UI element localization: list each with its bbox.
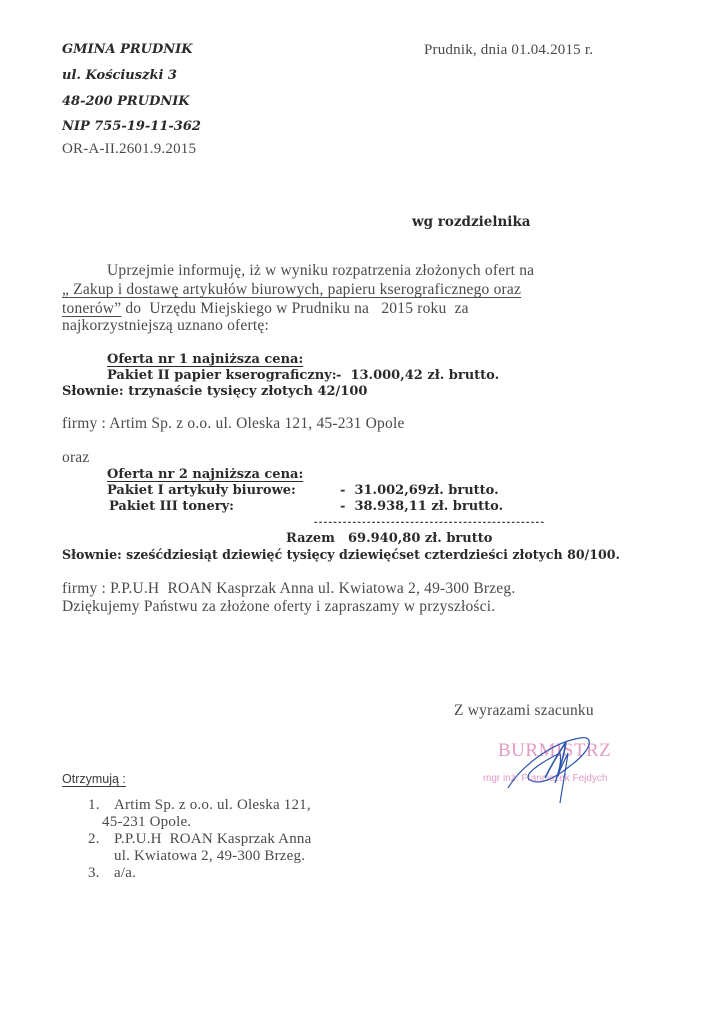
offer1-amount: - 13.000,42 zł. brutto. — [336, 368, 499, 383]
offer1-heading: Oferta nr 1 najniższa cena: — [107, 352, 303, 367]
recipient-number: 2. — [88, 831, 100, 848]
tender-title: „ Zakup i dostawę artykułów biurowych, p… — [62, 281, 521, 299]
offer2-package-2: Pakiet III tonery: — [109, 499, 234, 514]
offer2-company: firmy : P.P.U.H ROAN Kasprzak Anna ul. K… — [62, 580, 515, 598]
tender-title-end: tonerów” — [62, 300, 121, 317]
sender-name: GMINA PRUDNIK — [62, 42, 193, 57]
recipient-line: P.P.U.H ROAN Kasprzak Anna — [114, 831, 311, 848]
intro-line-3: tonerów” do Urzędu Miejskiego w Prudniku… — [62, 300, 469, 318]
recipient-line: a/a. — [114, 865, 311, 882]
sum-separator: ----------------------------------------… — [313, 518, 544, 528]
offer2-amount-2: - 38.938,11 zł. brutto. — [340, 499, 503, 514]
recipients-heading: Otrzymują : — [62, 772, 126, 786]
closing-text: Z wyrazami szacunku — [454, 702, 594, 720]
intro-line-1: Uprzejmie informuję, iż w wyniku rozpatr… — [107, 262, 534, 280]
offer2-heading: Oferta nr 2 najniższa cena: — [107, 467, 303, 482]
recipients-list: 1. Artim Sp. z o.o. ul. Oleska 121, 45-2… — [88, 797, 311, 882]
recipient-line: Artim Sp. z o.o. ul. Oleska 121, — [114, 797, 311, 814]
intro-line-4: najkorzystniejszą uznano ofertę: — [62, 317, 269, 335]
offer1-in-words: Słownie: trzynaście tysięcy złotych 42/1… — [62, 384, 367, 399]
total-amount: 69.940,80 zł. brutto — [348, 531, 492, 546]
offer2-amount-1: - 31.002,69zł. brutto. — [340, 483, 499, 498]
recipient-line: ul. Kwiatowa 2, 49-300 Brzeg. — [114, 848, 311, 865]
sender-nip: NIP 755-19-11-362 — [62, 119, 201, 134]
offer2-in-words: Słownie: sześćdziesiąt dziewięć tysięcy … — [62, 547, 620, 562]
addressee: wg rozdzielnika — [412, 214, 531, 230]
recipient-item: 1. Artim Sp. z o.o. ul. Oleska 121, 45-2… — [88, 797, 311, 831]
intro-line-3-rest: do Urzędu Miejskiego w Prudniku na 2015 … — [121, 300, 468, 317]
thanks-text: Dziękujemy Państwu za złożone oferty i z… — [62, 598, 495, 616]
recipient-item: 3. a/a. — [88, 865, 311, 882]
sender-street: ul. Kościuszki 3 — [62, 68, 177, 83]
reference-number: OR-A-II.2601.9.2015 — [62, 141, 196, 158]
total-label: Razem — [286, 531, 335, 546]
recipient-line: 45-231 Opole. — [102, 814, 311, 831]
recipient-number: 1. — [88, 797, 100, 814]
recipient-item: 2. P.P.U.H ROAN Kasprzak Anna ul. Kwiato… — [88, 831, 311, 865]
signature-icon — [500, 728, 610, 808]
connector-text: oraz — [62, 449, 89, 467]
sender-city: 48-200 PRUDNIK — [62, 94, 190, 109]
place-date: Prudnik, dnia 01.04.2015 r. — [424, 42, 593, 59]
offer1-company: firmy : Artim Sp. z o.o. ul. Oleska 121,… — [62, 415, 405, 433]
recipient-number: 3. — [88, 865, 100, 882]
offer1-package: Pakiet II papier kserograficzny: — [107, 368, 337, 383]
offer2-package-1: Pakiet I artykuły biurowe: — [107, 483, 296, 498]
